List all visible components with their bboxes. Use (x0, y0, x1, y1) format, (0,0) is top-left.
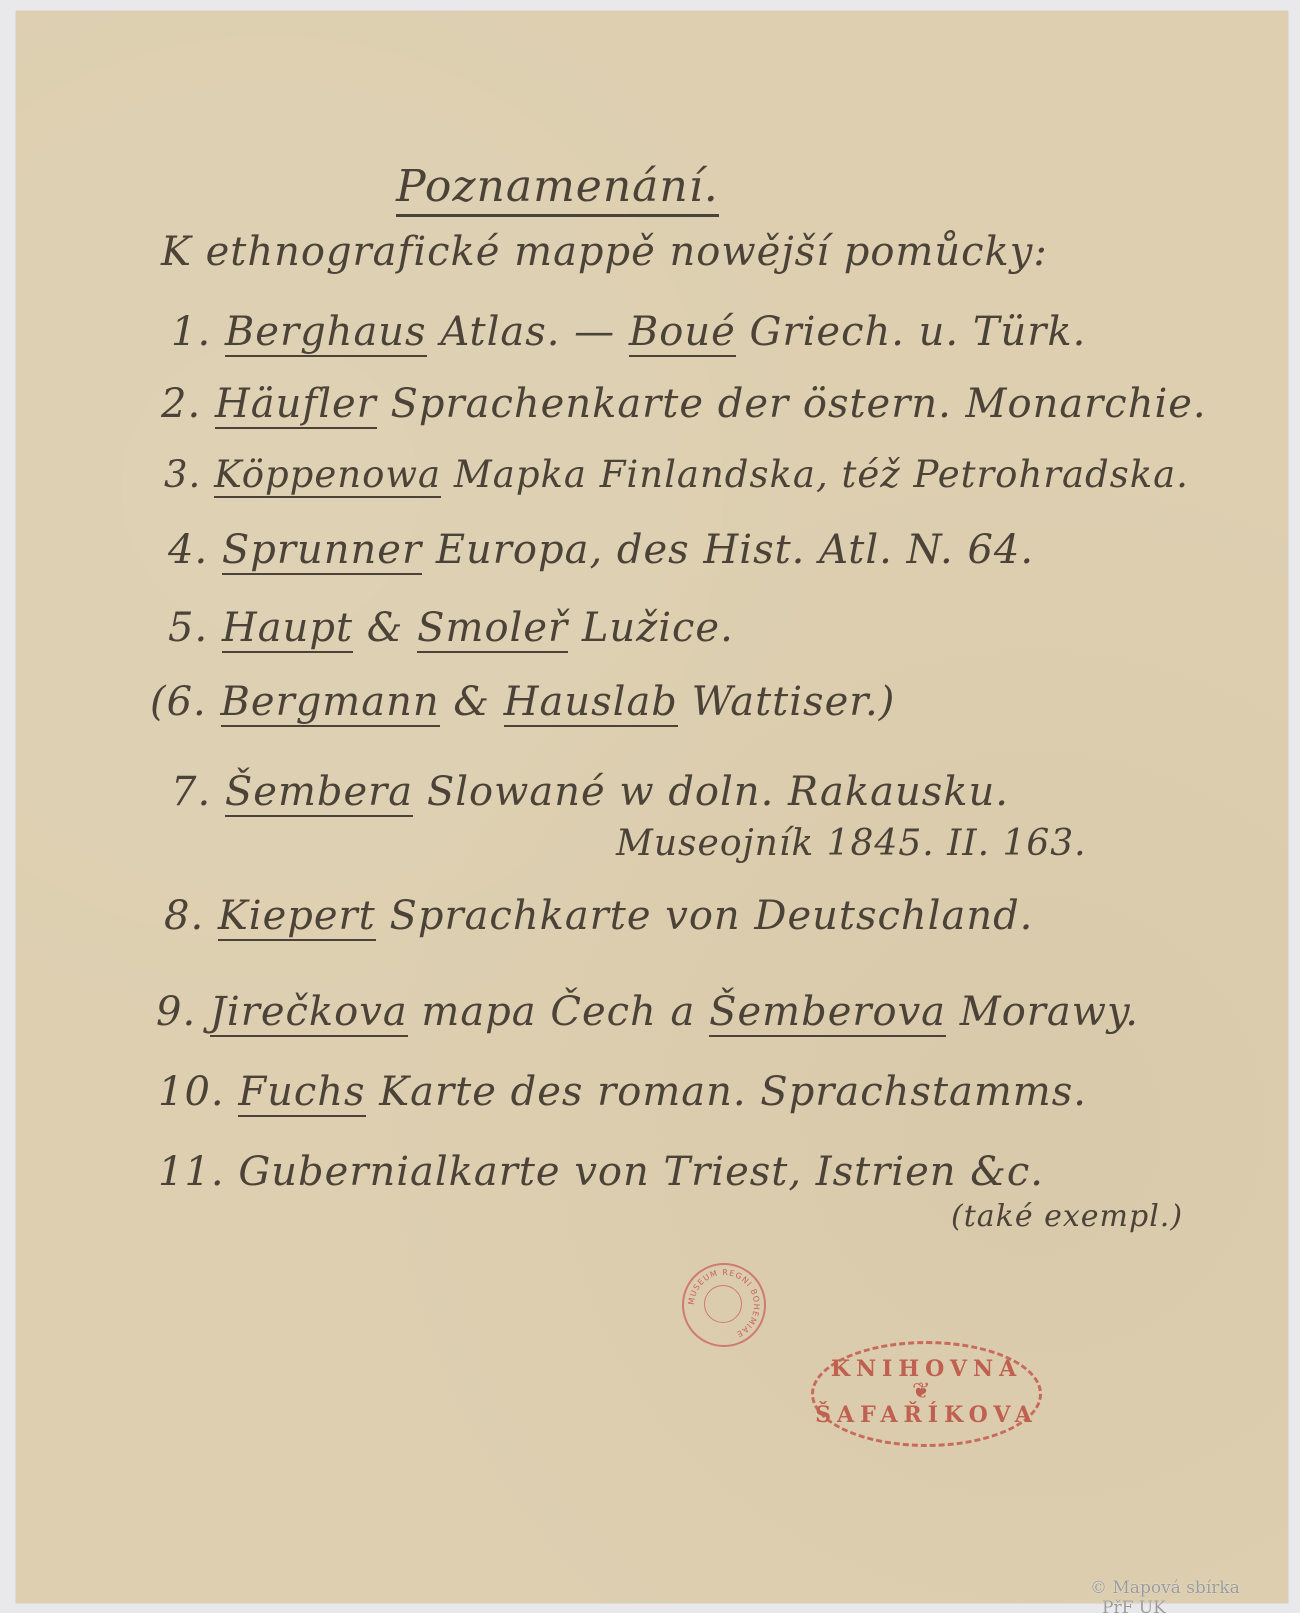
list-item-9: 9. Jirečkova mapa Čech a Šemberova Moraw… (156, 989, 1139, 1035)
list-item-2: 2. Häufler Sprachenkarte der östern. Mon… (161, 381, 1207, 427)
item-author: Berghaus (225, 309, 427, 357)
item-text: Sprachenkarte der östern. Monarchie. (391, 381, 1207, 427)
item-ampersand: & (453, 679, 490, 725)
item-author: Häufler (215, 381, 377, 429)
library-stamp-line2: ŠAFAŘÍKOVA (814, 1402, 1039, 1428)
list-item-6: (6. Bergmann & Hauslab Wattiser.) (150, 679, 895, 725)
item-text: Karte des roman. Sprachstamms. (379, 1069, 1087, 1115)
item-number: (6. (150, 679, 207, 725)
item-author: Kiepert (218, 893, 376, 941)
item-number: 1. (171, 309, 211, 355)
list-item-5: 5. Haupt & Smoleř Lužice. (168, 605, 734, 651)
item-number: 5. (168, 605, 208, 651)
item-text: Gubernialkarte von Triest, Istrien &c. (238, 1149, 1044, 1195)
item-text: Europa, des Hist. Atl. N. 64. (436, 527, 1034, 573)
item-number: 9. (156, 989, 196, 1035)
list-item-7-reference: Museojník 1845. II. 163. (616, 823, 1087, 864)
lion-emblem-icon: ❦ (912, 1378, 930, 1404)
list-item-11: 11. Gubernialkarte von Triest, Istrien &… (158, 1149, 1044, 1195)
item-text-2: Griech. u. Türk. (750, 309, 1087, 355)
item-text: mapa Čech a (421, 989, 695, 1035)
item-ampersand: & (367, 605, 404, 651)
item-author: Fuchs (238, 1069, 365, 1117)
copyright-watermark: © Mapová sbírka PřF UK (1090, 1578, 1300, 1613)
museum-stamp: MUSEUM REGNI BOHEMIAE (682, 1263, 766, 1347)
item-text-2: Lužice. (582, 605, 734, 651)
list-item-8: 8. Kiepert Sprachkarte von Deutschland. (164, 893, 1033, 939)
item-number: 2. (161, 381, 201, 427)
watermark-line2: PřF UK (1090, 1598, 1300, 1613)
item-text-2: Wattiser.) (692, 679, 896, 725)
item-author: Sprunner (222, 527, 422, 575)
item-author: Bergmann (221, 679, 440, 727)
item-number: 4. (168, 527, 208, 573)
item-text: Slowané w doln. Rakausku. (427, 769, 1009, 815)
item-author-2: Boué (629, 309, 736, 357)
list-item-7: 7. Šembera Slowané w doln. Rakausku. (171, 769, 1009, 815)
list-item-3: 3. Köppenowa Mapka Finlandska, též Petro… (164, 453, 1189, 496)
document-title: Poznamenání. (396, 161, 719, 217)
item-author: Köppenowa (214, 453, 441, 498)
list-item-1: 1. Berghaus Atlas. — Boué Griech. u. Tür… (171, 309, 1086, 355)
item-number: 7. (171, 769, 211, 815)
watermark-line1: © Mapová sbírka (1090, 1578, 1300, 1598)
manuscript-page: Poznamenání. K ethnografické mappě nowěj… (16, 11, 1288, 1603)
list-item-10: 10. Fuchs Karte des roman. Sprachstamms. (158, 1069, 1087, 1115)
item-author: Šembera (225, 769, 413, 817)
library-stamp: KNIHOVNA ❦ ŠAFAŘÍKOVA (811, 1341, 1042, 1447)
item-number: 3. (164, 453, 201, 496)
item-author: Jirečkova (210, 989, 408, 1037)
item-text: Sprachkarte von Deutschland. (389, 893, 1033, 939)
item-author-2: Šemberova (709, 989, 946, 1037)
item-number: 10. (158, 1069, 225, 1115)
list-item-4: 4. Sprunner Europa, des Hist. Atl. N. 64… (168, 527, 1034, 573)
item-number: 8. (164, 893, 204, 939)
item-number: 11. (158, 1149, 225, 1195)
item-author-2: Hauslab (504, 679, 678, 727)
item-author-2: Smoleř (417, 605, 568, 653)
item-text: Atlas. — (440, 309, 615, 355)
svg-text:MUSEUM REGNI BOHEMIAE: MUSEUM REGNI BOHEMIAE (687, 1268, 761, 1339)
museum-stamp-text: MUSEUM REGNI BOHEMIAE (684, 1265, 764, 1345)
list-item-11-note: (také exempl.) (951, 1199, 1183, 1234)
item-text-2: Morawy. (960, 989, 1139, 1035)
item-author: Haupt (222, 605, 353, 653)
item-text: Mapka Finlandska, též Petrohradska. (454, 453, 1189, 496)
document-intro: K ethnografické mappě nowější pomůcky: (161, 229, 1048, 275)
